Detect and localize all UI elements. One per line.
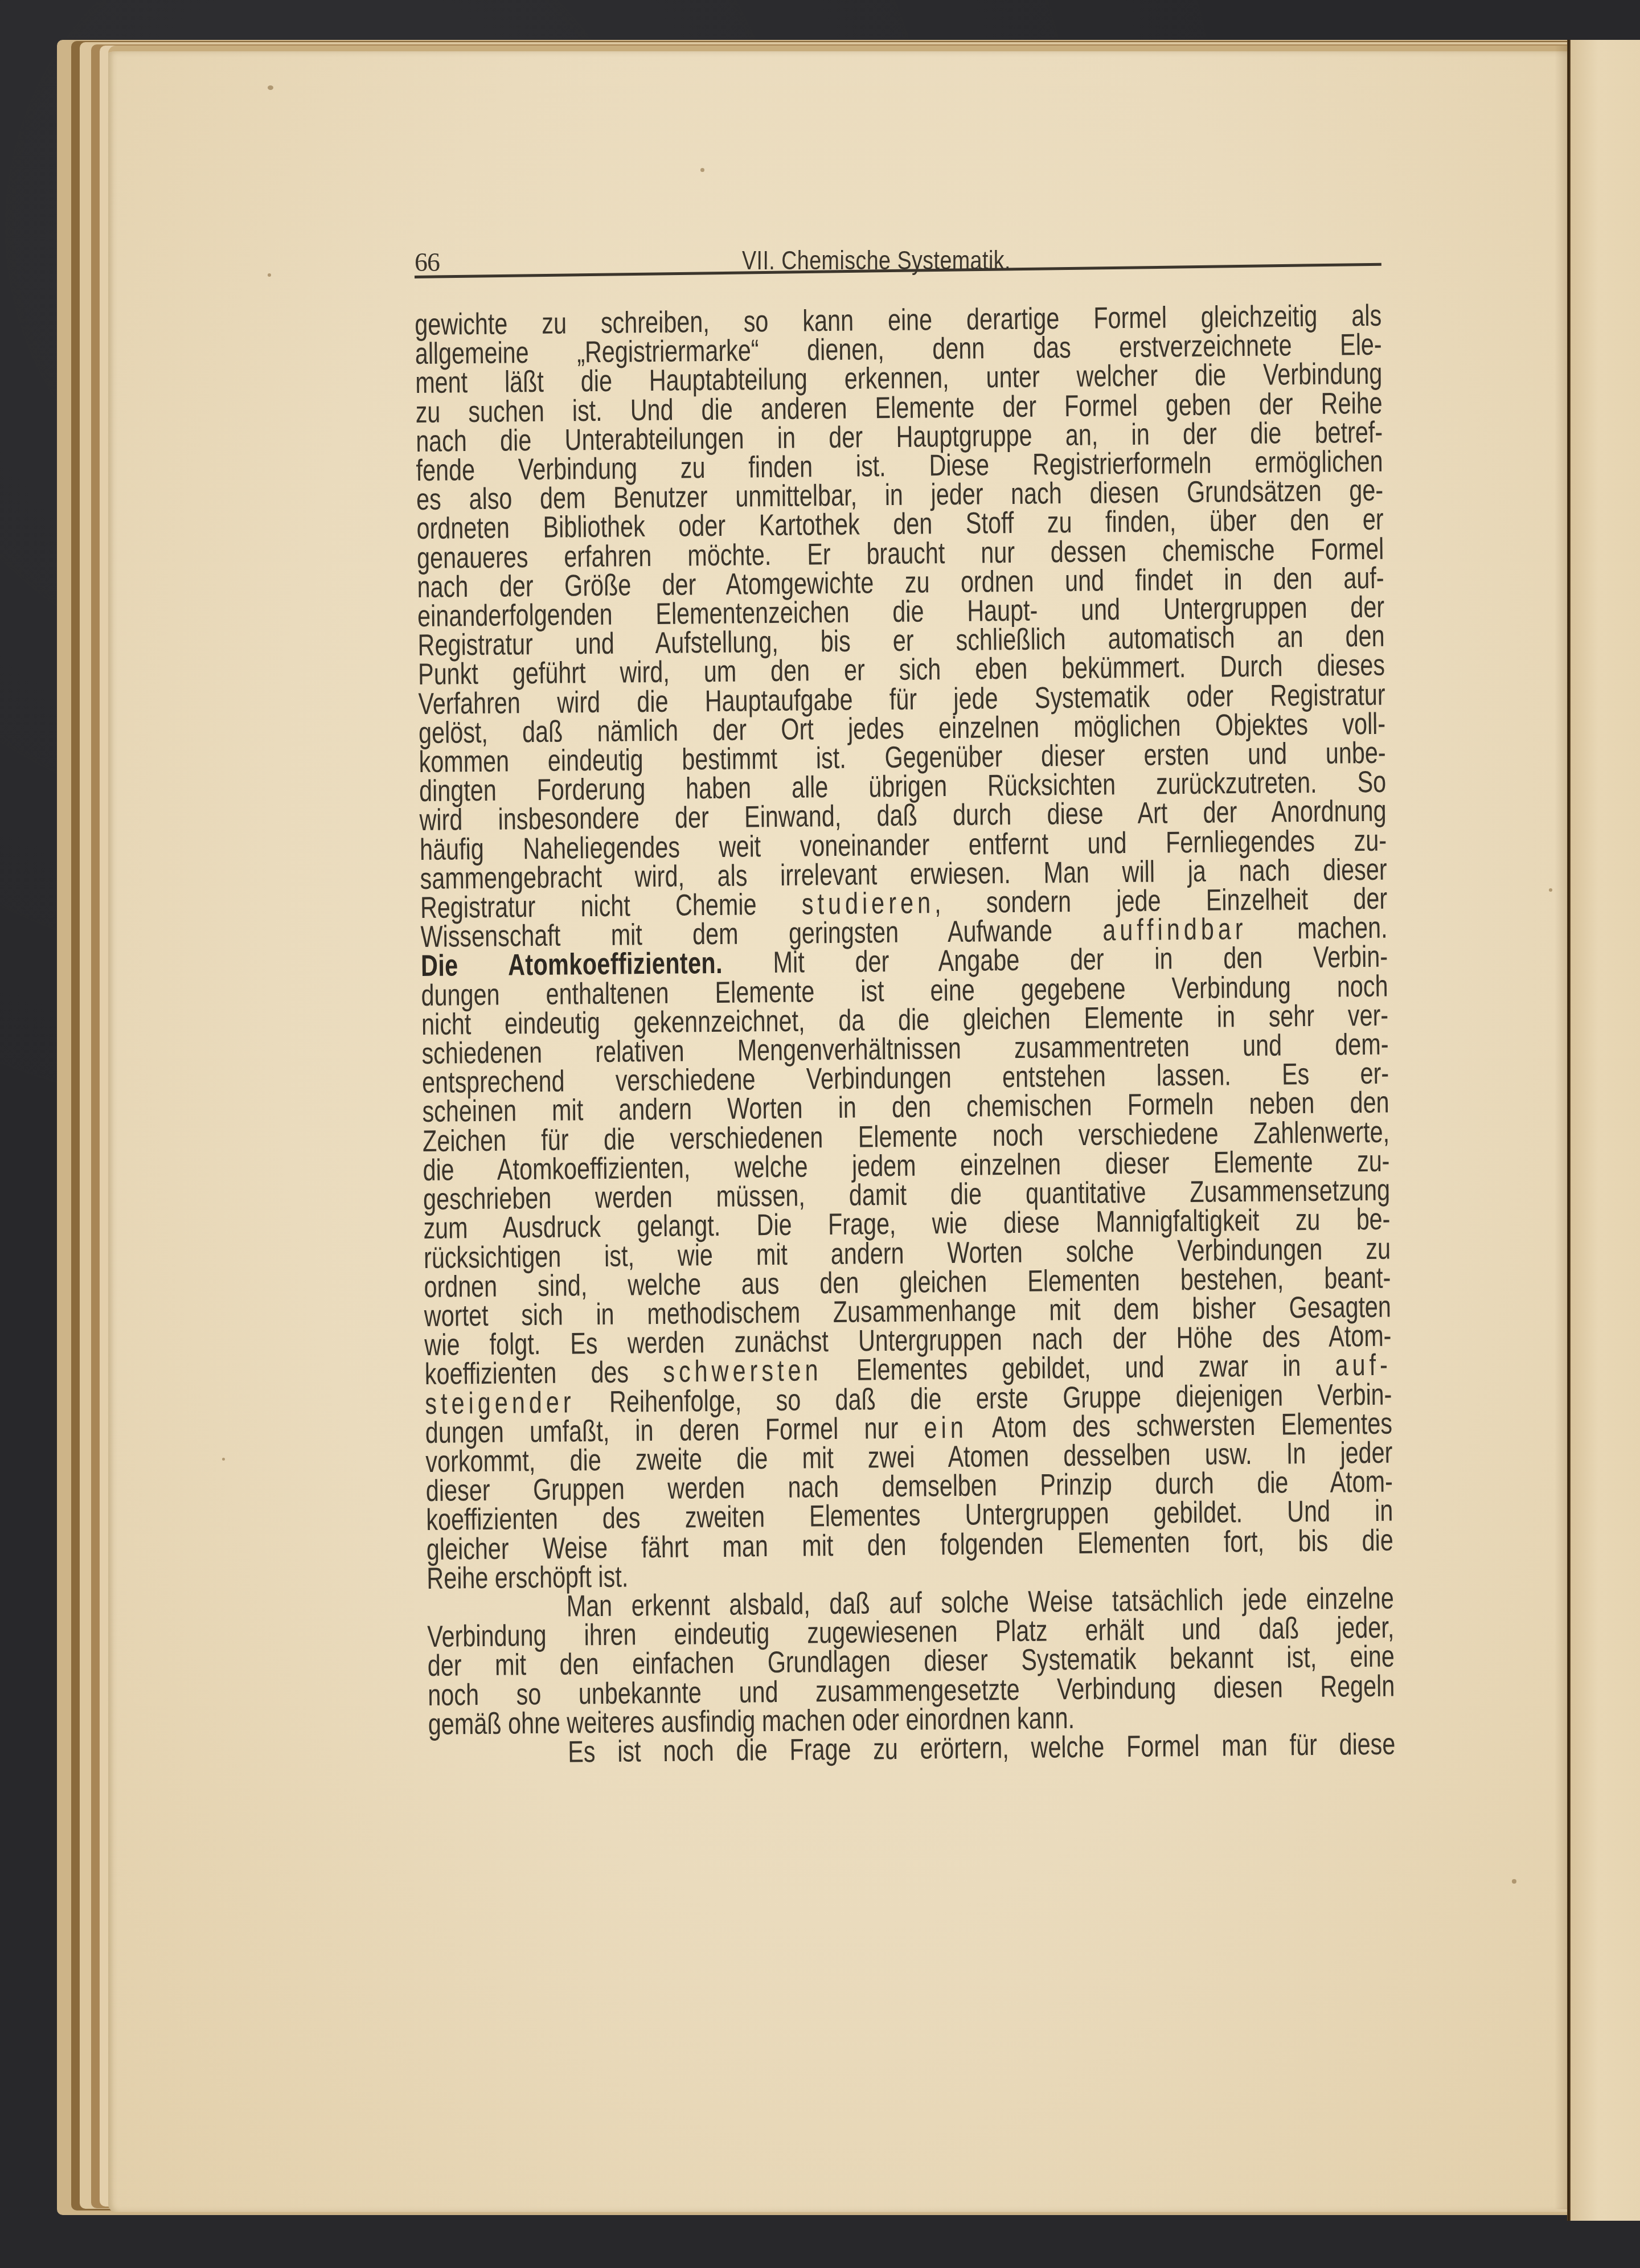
gutter-shadow (1555, 46, 1567, 2209)
page-number: 66 (415, 247, 440, 277)
body-text: gewichte zu schreiben, so kann eine dera… (415, 301, 1395, 1768)
text-line: Es ist noch die Frage zu erörtern, welch… (428, 1730, 1395, 1769)
facing-page-edge (1571, 40, 1640, 2221)
